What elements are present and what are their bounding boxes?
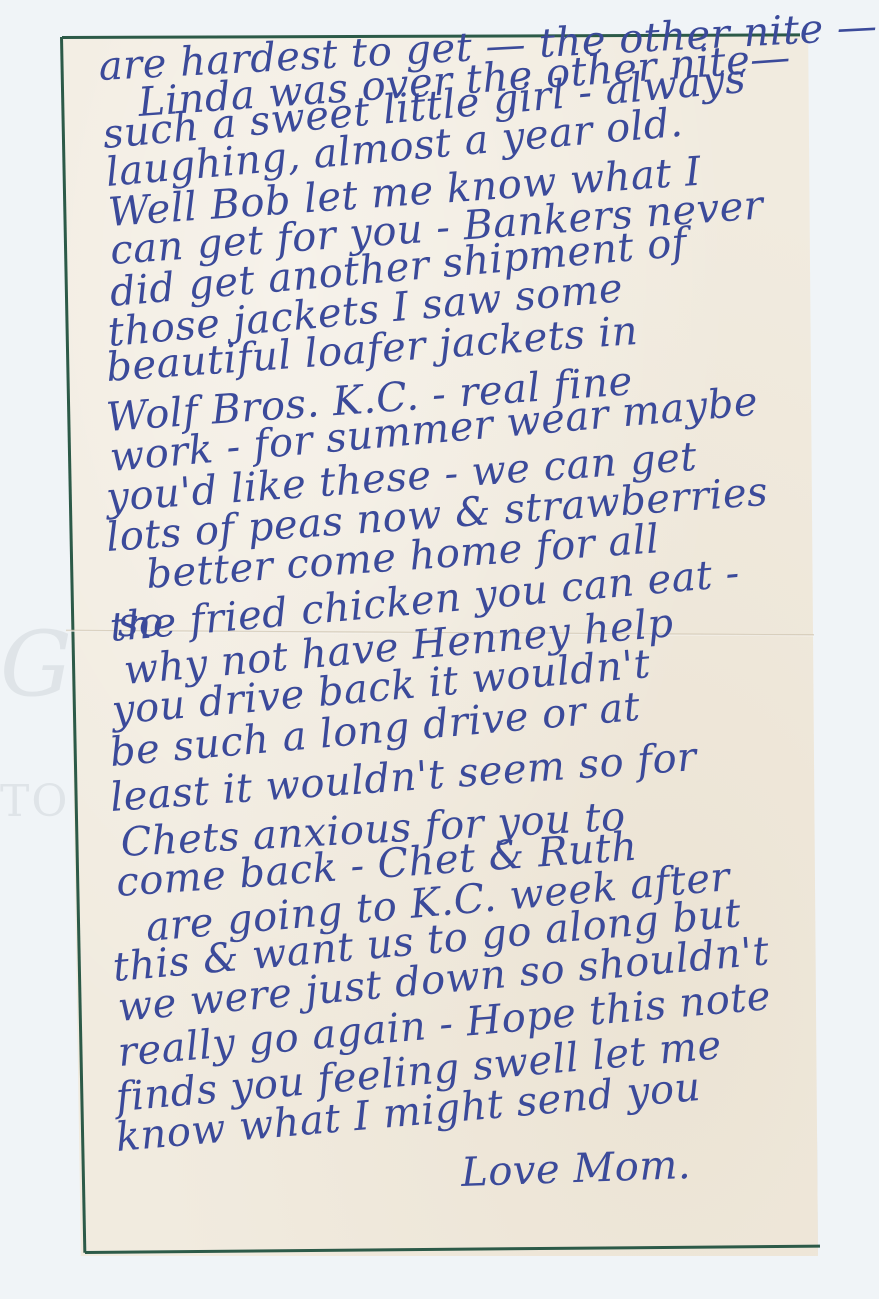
watermark-glyph: G: [0, 620, 70, 717]
background-watermark: G TO: [0, 620, 70, 880]
letter-line: Love Mom.: [460, 1142, 691, 1196]
scanned-letter: G TO are hardest to get — the other nite…: [0, 0, 879, 1299]
watermark-text: TO: [0, 780, 69, 824]
